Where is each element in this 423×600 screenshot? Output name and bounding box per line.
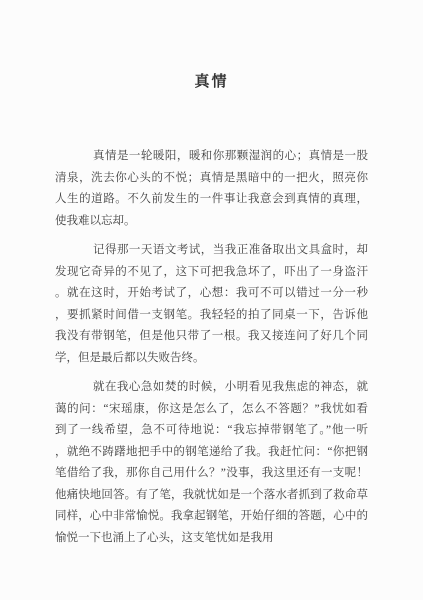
document-page: 真情 真情是一轮暖阳，暖和你那颗湿润的心；真情是一股 清泉，洗去你心头的不悦；真… [0, 0, 423, 600]
text-line: 发现它奇异的不见了，这下可把我急坏了，吓出了一身盗汗 [55, 262, 368, 284]
text-line: 笔借给了我，那你自己用什么？”没事，我这里还有一支呢！ [55, 463, 368, 485]
text-line: 使我难以忘却。 [55, 211, 368, 233]
text-line: 学，但是最后都以失败告终。 [55, 348, 368, 370]
text-line: ，要抓紧时间借一支钢笔。我轻轻的拍了同桌一下，告诉他 [55, 305, 368, 327]
essay-title: 真情 [0, 74, 423, 90]
paragraph-3: 就在我心急如焚的时候，小明看见我焦虑的神态，就和 蔼的问：“宋瑶康，你这是怎么了… [55, 377, 368, 549]
text-line: 我没有带钢笔，但是他只带了一根。我又接连问了好几个同 [55, 326, 368, 348]
text-line: 。就在这时，开始考试了，心想：我可不可以错过一分一秒 [55, 283, 368, 305]
paragraph-2: 记得那一天语文考试，当我正准备取出文具盒时，却 发现它奇异的不见了，这下可把我急… [55, 240, 368, 369]
text-line: 同样，心中非常愉悦。我拿起钢笔，开始仔细的答题，心中的 [55, 506, 368, 528]
text-line: 人生的道路。不久前发生的一件事让我意会到真情的真理， [55, 189, 368, 211]
text-line: 清泉，洗去你心头的不悦；真情是黑暗中的一把火，照亮你 [55, 168, 368, 190]
text-line: 到了一线希望，急不可待地说：“我忘掉带钢笔了。”他一听 [55, 420, 368, 442]
text-line: 就在我心急如焚的时候，小明看见我焦虑的神态，就和 [55, 377, 368, 399]
text-line: 蔼的问：“宋瑶康，你这是怎么了，怎么不答题？”我忧如看 [55, 399, 368, 421]
essay-body: 真情是一轮暖阳，暖和你那颗湿润的心；真情是一股 清泉，洗去你心头的不悦；真情是黑… [55, 146, 368, 549]
text-line: 他痛快地回答。有了笔，我就忧如是一个落水者抓到了救命草 [55, 485, 368, 507]
text-line: ，就绝不踌躇地把手中的钢笔递给了我。我赶忙问：“你把钢 [55, 442, 368, 464]
paragraph-1: 真情是一轮暖阳，暖和你那颗湿润的心；真情是一股 清泉，洗去你心头的不悦；真情是黑… [55, 146, 368, 232]
text-line: 记得那一天语文考试，当我正准备取出文具盒时，却 [55, 240, 368, 262]
text-line: 愉悦一下也涌上了心头，这支笔忧如是我用 [55, 528, 368, 550]
text-line: 真情是一轮暖阳，暖和你那颗湿润的心；真情是一股 [55, 146, 368, 168]
